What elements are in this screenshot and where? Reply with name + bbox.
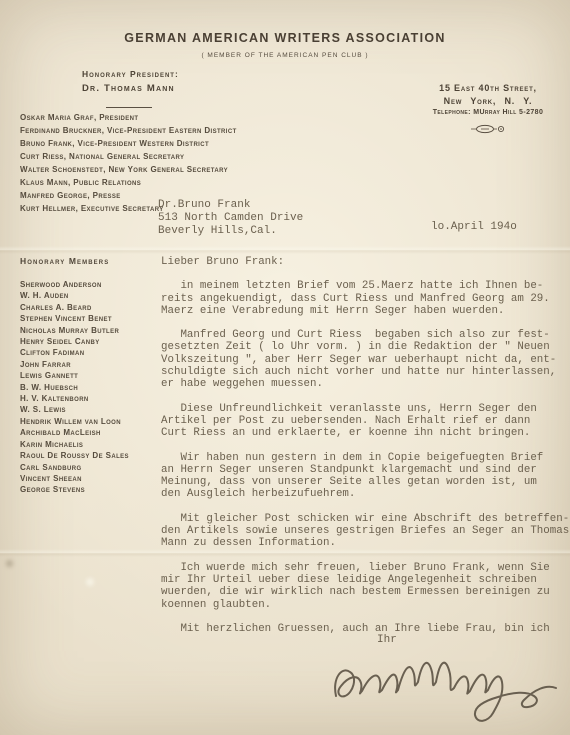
letter-paragraph: Manfred Georg und Curt Riess begaben sic… [161,329,570,390]
organization-subtitle: ( MEMBER OF THE AMERICAN PEN CLUB ) [0,52,570,59]
letter-paragraph: in meinem letzten Brief vom 25.Maerz hat… [161,280,570,317]
officer-entry: Oskar Maria Graf, President [20,111,237,124]
honorary-members-list: Sherwood AndersonW. H. AudenCharles A. B… [20,279,129,496]
letterhead-address-block: 15 East 40th Street, New York, N. Y. Tel… [408,82,568,140]
letter-body: Lieber Bruno Frank: in meinem letzten Br… [161,256,570,647]
honorary-member-entry: B. W. Huebsch [20,382,129,393]
printers-union-label-icon [408,122,568,140]
officer-entry: Bruno Frank, Vice-President Western Dist… [20,137,237,150]
honorary-member-entry: Charles A. Beard [20,302,129,313]
recipient-address: Dr.Bruno Frank 513 North Camden Drive Be… [158,199,303,238]
honorary-member-entry: W. S. Lewis [20,404,129,415]
honorary-member-entry: Raoul De Roussy De Sales [20,450,129,461]
honorary-member-entry: Vincent Sheean [20,473,129,484]
honorary-member-entry: Lewis Gannett [20,370,129,381]
honorary-members-heading: Honorary Members [20,256,109,266]
officer-entry: Klaus Mann, Public Relations [20,176,237,189]
officer-entry: Walter Schoenstedt, New York General Sec… [20,163,237,176]
honorary-member-entry: George Stevens [20,484,129,495]
letter-paragraphs: in meinem letzten Brief vom 25.Maerz hat… [161,280,570,635]
letter-date: lo.April 194o [431,221,517,233]
letter-paragraph: Diese Unfreundlichkeit veranlasste uns, … [161,403,570,440]
paper-fold-crease [0,246,570,254]
honorary-member-entry: Karin Michaelis [20,439,129,450]
letter-paragraph: Wir haben nun gestern in dem in Copie be… [161,452,570,501]
paper-smudge [6,560,13,567]
honorary-member-entry: John Farrar [20,359,129,370]
organization-name: GERMAN AMERICAN WRITERS ASSOCIATION [0,31,570,45]
honorary-president-name: Dr. Thomas Mann [82,83,179,94]
letter-paragraph: Mit herzlichen Gruessen, auch an Ihre li… [161,623,570,635]
honorary-member-entry: Clifton Fadiman [20,347,129,358]
street-address: 15 East 40th Street, [408,82,568,95]
salutation: Lieber Bruno Frank: [161,256,570,268]
letter-paragraph: Mit gleicher Post schicken wir eine Absc… [161,513,570,550]
honorary-member-entry: Hendrik Willem van Loon [20,416,129,427]
officer-entry: Curt Riess, National General Secretary [20,150,237,163]
honorary-member-entry: Carl Sandburg [20,462,129,473]
honorary-member-entry: Nicholas Murray Butler [20,325,129,336]
honorary-member-entry: Sherwood Anderson [20,279,129,290]
divider-rule [106,107,152,108]
city-address: New York, N. Y. [408,95,568,108]
valediction: Ihr [377,634,397,646]
honorary-president-block: Honorary President: Dr. Thomas Mann [82,69,179,108]
honorary-member-entry: Archibald MacLeish [20,427,129,438]
honorary-member-entry: Stephen Vincent Benet [20,313,129,324]
officer-entry: Ferdinand Bruckner, Vice-President Easte… [20,124,237,137]
honorary-member-entry: Henry Seidel Canby [20,336,129,347]
letter-paragraph: Ich wuerde mich sehr freuen, lieber Brun… [161,562,570,611]
honorary-member-entry: W. H. Auden [20,290,129,301]
letter-scan: GERMAN AMERICAN WRITERS ASSOCIATION ( ME… [0,0,570,735]
honorary-member-entry: H. V. Kaltenborn [20,393,129,404]
honorary-president-label: Honorary President: [82,69,179,79]
paper-spot [86,578,94,586]
telephone-line: Telephone: MUrray Hill 5-2780 [408,107,568,119]
handwritten-signature [328,646,568,735]
